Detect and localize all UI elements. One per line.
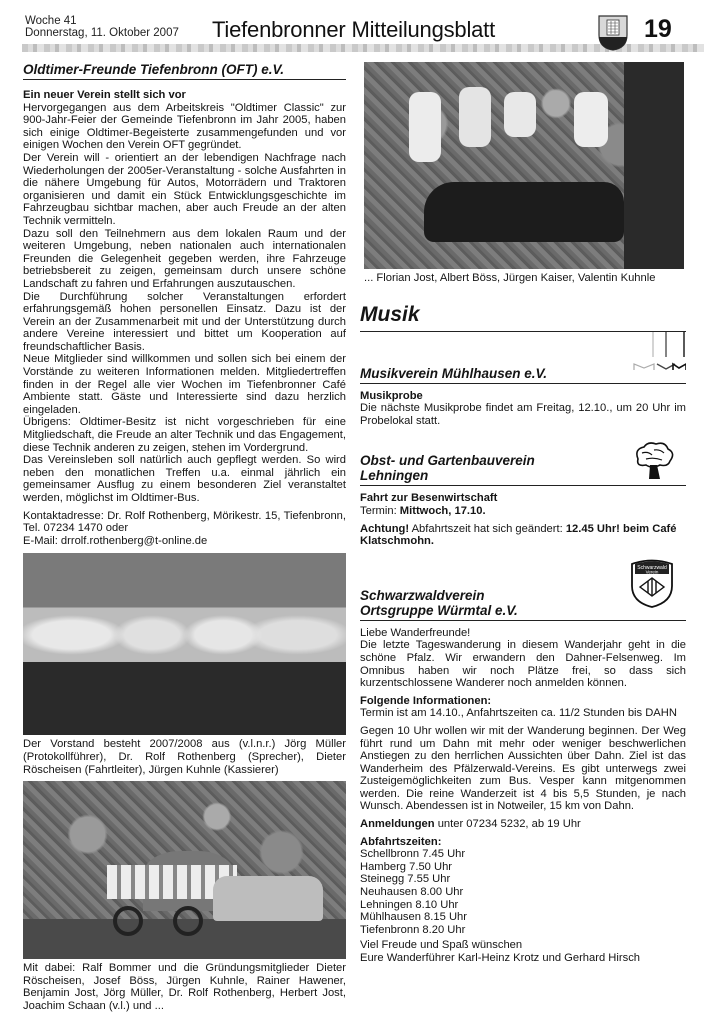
closing-line: Viel Freude und Spaß wünschen: [360, 939, 686, 952]
photo-board: [23, 553, 346, 735]
photo-caption: Mit dabei: Ralf Bommer und die Gründungs…: [23, 962, 346, 1012]
departure-item: Hamberg 7.50 Uhr: [360, 861, 686, 874]
departure-item: Neuhausen 8.00 Uhr: [360, 886, 686, 899]
issue-meta: Woche 41 Donnerstag, 11. Oktober 2007: [25, 15, 179, 39]
article-subtitle: Fahrt zur Besenwirtschaft: [360, 492, 686, 505]
section-title-musik: Musik: [360, 303, 686, 332]
departure-list: Schellbronn 7.45 Uhr Hamberg 7.50 Uhr St…: [360, 848, 686, 936]
paragraph: Hervorgegangen aus dem Arbeitskreis "Old…: [23, 102, 346, 152]
termin-line: Termin: Mittwoch, 17.10.: [360, 505, 686, 518]
notice-line: Achtung! Abfahrtszeit hat sich geändert:…: [360, 523, 686, 548]
mvm-logo-icon: [606, 332, 686, 372]
details: Gegen 10 Uhr wollen wir mit der Wanderun…: [360, 725, 686, 813]
left-column: Oldtimer-Freunde Tiefenbronn (OFT) e.V. …: [23, 62, 346, 1013]
departure-item: Tiefenbronn 8.20 Uhr: [360, 924, 686, 937]
intro: Die letzte Tageswanderung in diesem Wand…: [360, 639, 686, 689]
paragraph: Neue Mitglieder sind willkommen und soll…: [23, 353, 346, 416]
page-number: 19: [644, 15, 672, 44]
org-header-ogv: Obst- und Gartenbauverein Lehningen: [360, 453, 686, 486]
article-text: Die nächste Musikprobe findet am Freitag…: [360, 402, 686, 427]
paragraph: Die Durchführung solcher Veranstaltungen…: [23, 291, 346, 354]
signature: Eure Wanderführer Karl-Heinz Krotz und G…: [360, 952, 686, 965]
tree-icon: [632, 441, 676, 481]
photo-caption: ... Florian Jost, Albert Böss, Jürgen Ka…: [364, 272, 686, 285]
departures-label: Abfahrtszeiten:: [360, 836, 686, 849]
greeting: Liebe Wanderfreunde!: [360, 627, 686, 640]
photo-oldtimer-car: [364, 62, 684, 269]
article-body: Hervorgegangen aus dem Arbeitskreis "Old…: [23, 102, 346, 548]
article-subtitle: Musikprobe: [360, 390, 686, 403]
contact-email[interactable]: E-Mail: drrolf.rothenberg@t-online.de: [23, 535, 346, 548]
org-header-schwarzwaldverein: Schwarzwaldverein Ortsgruppe Würmtal e.V…: [360, 588, 686, 621]
right-column: ... Florian Jost, Albert Böss, Jürgen Ka…: [360, 62, 686, 965]
week-label: Woche 41: [25, 15, 179, 27]
paragraph: Der Verein will - orientiert an der lebe…: [23, 152, 346, 228]
info-text: Termin ist am 14.10., Anfahrtszeiten ca.…: [360, 707, 686, 720]
departure-item: Steinegg 7.55 Uhr: [360, 873, 686, 886]
svg-text:Verein: Verein: [646, 569, 659, 574]
issue-date: Donnerstag, 11. Oktober 2007: [25, 27, 179, 39]
departure-item: Schellbronn 7.45 Uhr: [360, 848, 686, 861]
schwarzwaldverein-shield-icon: Schwarzwald Verein: [630, 558, 674, 608]
registration: Anmeldungen unter 07234 5232, ab 19 Uhr: [360, 818, 686, 831]
page-header: Woche 41 Donnerstag, 11. Oktober 2007 Ti…: [0, 0, 704, 52]
section-title-oft: Oldtimer-Freunde Tiefenbronn (OFT) e.V.: [23, 62, 346, 80]
org-header-musikverein: Musikverein Mühlhausen e.V.: [360, 366, 686, 384]
publication-title: Tiefenbronner Mitteilungsblatt: [212, 17, 495, 43]
swv-article: Liebe Wanderfreunde! Die letzte Tageswan…: [360, 627, 686, 831]
departure-item: Lehningen 8.10 Uhr: [360, 899, 686, 912]
photo-founders: [23, 781, 346, 959]
photo-caption: Der Vorstand besteht 2007/2008 aus (v.l.…: [23, 738, 346, 776]
paragraph: Dazu soll den Teilnehmern aus dem lokale…: [23, 228, 346, 291]
paragraph: Übrigens: Oldtimer-Besitz ist nicht vorg…: [23, 416, 346, 454]
contact-address: Kontaktadresse: Dr. Rolf Rothenberg, Mör…: [23, 510, 346, 535]
article-subtitle: Ein neuer Verein stellt sich vor: [23, 89, 346, 102]
coat-of-arms-icon: [598, 15, 628, 51]
info-label: Folgende Informationen:: [360, 695, 686, 708]
departure-item: Mühlhausen 8.15 Uhr: [360, 911, 686, 924]
paragraph: Das Vereinsleben soll natürlich auch gep…: [23, 454, 346, 504]
